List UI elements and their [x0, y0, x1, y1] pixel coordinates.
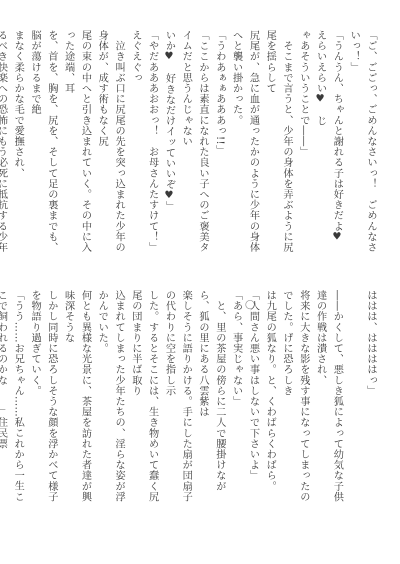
text-line: いか♥ 好きなだけイッていいぞ♥」 [160, 30, 177, 258]
text-line: 何とも異様な光景に、茶屋を訪れた者達が興味深そうな [59, 290, 93, 510]
text-line: 「人間さん悪い事はしないで下さいよ」 [244, 290, 261, 510]
text-line: 「うんうん、ちゃんと謝れる子は好きだよ♥ えらいえらい♥ じ [311, 30, 345, 258]
text-line: 「うわあぁぁあああっ!!」 [210, 30, 227, 258]
text-line: 込まれてしまった少年たちの、淫らな姿が浮かんでいた。 [92, 290, 126, 510]
text-line: は九尾の狐なり。と、くわばらくわばら。 [260, 290, 277, 510]
text-line: まなく柔らかな毛で愛撫され、 [8, 30, 25, 258]
text-line: 「ご、ごごっ、ごめんなさいっ！ ごめんなさいっ！」 [344, 30, 378, 258]
text-line: を、首を、胸を、尻を、そして足の裏までも、脳が蕩けるまで絶 [25, 30, 59, 258]
text-line: と、里の茶屋の傍らに二人で腰掛けながら、狐の里にある八雲紫は [193, 290, 227, 510]
lower-text-block: ははは、ははははっ」 ――かくして、悪しき狐によって幼気な子供達の作戦は潰され、… [28, 290, 378, 510]
text-line: 尻尾が、急に血が通ったかのように少年の身体へと襲い掛かった。 [227, 30, 261, 258]
text-line: 尾の束の中へと引き込まれていく。その中に入った途端、耳 [59, 30, 93, 258]
text-line: ――かくして、悪しき狐によって幼気な子供達の作戦は潰され、 [311, 290, 345, 510]
text-line: 泣き叫ぶ口に尻尾の先を突っ込まれた少年の身体が、成す術もなく尻 [92, 30, 126, 258]
text-line: 「うう……お兄ちゃん……私これから一生ここで飼われるのかな……」住民票 [0, 290, 25, 510]
text-line: 「やだあああおおっ！ お母さんたすけて！」えぐえぐっ [126, 30, 160, 258]
text-line: しかし同時に恐ろしそうな顔を浮かべて様子を物語り過ぎていく。 [25, 290, 59, 510]
upper-text-block: 「ご、ごごっ、ごめんなさいっ！ ごめんなさいっ！」「うんうん、ちゃんと謝れる子は… [28, 30, 378, 258]
text-line: ゃあそういうことで――」 [294, 30, 311, 258]
text-line: 「あら、事実じゃない」 [227, 290, 244, 510]
text-line: そこまで言うと、少年の身体を弄ぶように尻尾を揺らして [260, 30, 294, 258]
text-line: 「ここからは素直になれた良い子へのご褒美タイムだと思うんじゃない [176, 30, 210, 258]
text-line: ははは、ははははっ」 [361, 290, 378, 510]
text-line: した。するとそこには、生き物めいて蠢く尻尾の団まりに半ば取り [126, 290, 160, 510]
text-line: るべき快楽への恐怖にもう必死に抵抗する少年だったが、 [0, 30, 8, 258]
text-line: 楽しそうに語りかける。手にした扇が団扇子の代わりに空を指し示 [160, 290, 194, 510]
text-line [344, 290, 361, 510]
text-line: 将来に大きな影を残す事になってしまったのでした。げに恐ろしき [277, 290, 311, 510]
